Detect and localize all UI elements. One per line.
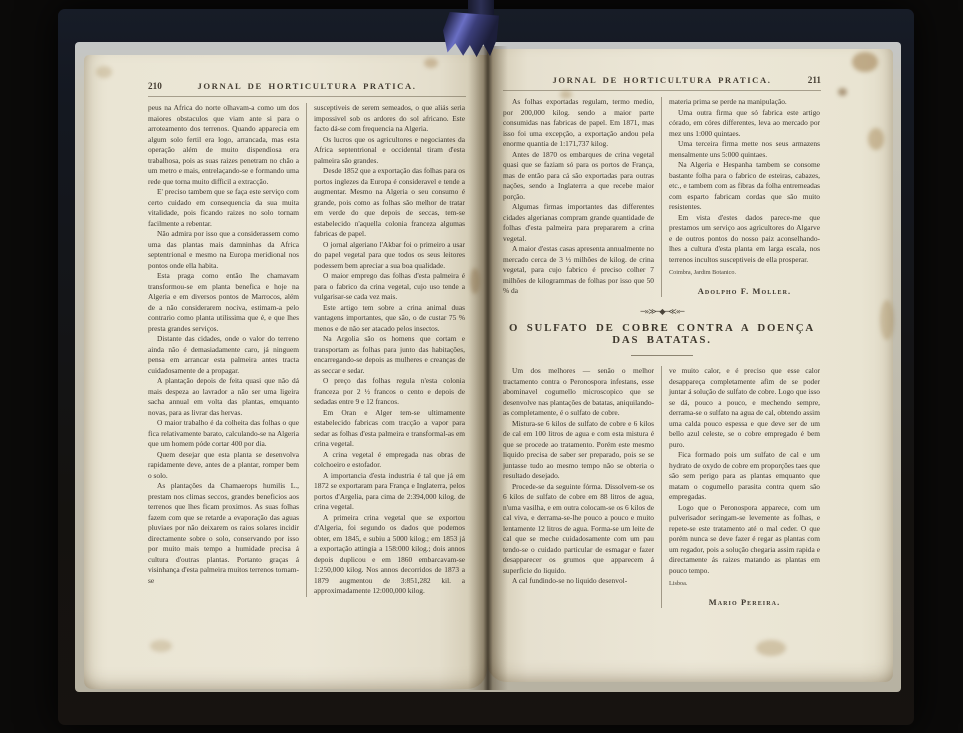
paragraph: Em vista d'estes dados parece-me que pre… — [669, 213, 820, 266]
paragraph: materia prima se perde na manipulação. — [669, 97, 820, 108]
paragraph: Uma terceira firma mette nos seus armaze… — [669, 139, 820, 160]
article2-title-rule — [631, 355, 693, 356]
paragraph: Antes de 1870 os embarques de crina vege… — [503, 150, 654, 203]
paragraph: Na Algeria e Hespanha tambem se consome … — [669, 160, 820, 213]
paragraph: Os lucros que os agricultores e negocian… — [314, 135, 465, 167]
left-page: 210 JORNAL DE HORTICULTURA PRATICA. peus… — [84, 55, 487, 689]
paragraph: susceptiveis de serem semeados, o que al… — [314, 103, 465, 135]
paragraph: Em Oran e Alger tem-se ultimamente estab… — [314, 408, 465, 450]
article1-text: materia prima se perde na manipulação.Um… — [669, 97, 820, 265]
paragraph: A importancia d'esta industria é tal que… — [314, 471, 465, 513]
paragraph: A cal fundindo-se no liquido desenvol- — [503, 576, 654, 587]
article2-column-2: ve muito calor, e é preciso que esse cal… — [669, 366, 820, 608]
paragraph: Algumas firmas importantes das different… — [503, 202, 654, 244]
paragraph: Uma outra firma que só fabrica este arti… — [669, 108, 820, 140]
paragraph: O preço das folhas regula n'esta colonia… — [314, 376, 465, 408]
article2-columns: Um dos melhores — senão o melhor tractam… — [503, 366, 821, 608]
paragraph: A plantação depois de feita quasi que nã… — [148, 376, 299, 418]
left-page-header: 210 JORNAL DE HORTICULTURA PRATICA. — [148, 81, 466, 97]
paragraph: Não admira por isso que a considerassem … — [148, 229, 299, 271]
paragraph: As plantações da Chamaerops humilis L., … — [148, 481, 299, 586]
paragraph: peus na Africa do norte olhavam-a como u… — [148, 103, 299, 187]
section-divider-ornament: ─»≫─◆─≪«─ — [503, 307, 821, 316]
paragraph: Esta praga como então lhe chamavam trans… — [148, 271, 299, 334]
paragraph: A maior d'estas casas apresenta annualme… — [503, 244, 654, 297]
paragraph: Mistura-se 6 kilos de sulfato de cobre e… — [503, 419, 654, 482]
right-page-number: 211 — [808, 75, 821, 85]
column-rule — [306, 103, 307, 597]
paragraph: Distante das cidades, onde o valor do te… — [148, 334, 299, 376]
article2-signature: Mario Pereira. — [669, 598, 820, 609]
article2-column-1: Um dos melhores — senão o melhor tractam… — [503, 366, 654, 608]
paragraph: O maior emprego das folhas d'esta palmei… — [314, 271, 465, 303]
photo-backdrop: { "colors":{"page":"#ece7d7","ink":"#3a3… — [0, 0, 963, 733]
paragraph: E' preciso tambem que se faça este servi… — [148, 187, 299, 229]
paragraph: ve muito calor, e é preciso que esse cal… — [669, 366, 820, 450]
column-rule — [661, 366, 662, 608]
paragraph: Um dos melhores — senão o melhor tractam… — [503, 366, 654, 419]
article1-byline: Coimbra, Jardim Botanico. — [669, 268, 820, 279]
journal-title-right: JORNAL DE HORTICULTURA PRATICA. — [503, 75, 821, 85]
right-page-header: JORNAL DE HORTICULTURA PRATICA. 211 — [503, 75, 821, 91]
right-page: JORNAL DE HORTICULTURA PRATICA. 211 As f… — [487, 49, 893, 682]
paragraph: Na Argolia são os homens que cortam e tr… — [314, 334, 465, 376]
article1-signature: Adolpho F. Moller. — [669, 287, 820, 298]
paragraph: O maior trabalho é da colheita das folha… — [148, 418, 299, 450]
paragraph: A crina vegetal é empregada nas obras de… — [314, 450, 465, 471]
paragraph: Quem desejar que esta planta se desenvol… — [148, 450, 299, 482]
paragraph: Procede-se da seguinte fórma. Dissolvem-… — [503, 482, 654, 577]
paragraph: As folhas exportadas regulam, termo medi… — [503, 97, 654, 150]
left-page-column-2: susceptiveis de serem semeados, o que al… — [314, 103, 465, 597]
article1-column-1: As folhas exportadas regulam, termo medi… — [503, 97, 654, 297]
paragraph: A primeira crina vegetal que se exportou… — [314, 513, 465, 597]
article1-columns: As folhas exportadas regulam, termo medi… — [503, 97, 821, 297]
paragraph: Fica formado pois um sulfato de cal e um… — [669, 450, 820, 503]
paragraph: Este artigo tem sobre a crina animal dua… — [314, 303, 465, 335]
article1-column-2: materia prima se perde na manipulação.Um… — [669, 97, 820, 297]
left-page-column-1: peus na Africa do norte olhavam-a como u… — [148, 103, 299, 597]
column-rule — [661, 97, 662, 297]
article2-text: ve muito calor, e é preciso que esse cal… — [669, 366, 820, 576]
paragraph: O jornal algeriano l'Akbar foi o primeir… — [314, 240, 465, 272]
journal-title-left: JORNAL DE HORTICULTURA PRATICA. — [148, 81, 466, 91]
article2-byline: Lisboa. — [669, 579, 820, 590]
paragraph: Desde 1852 que a exportação das folhas p… — [314, 166, 465, 240]
article2-title: O SULFATO DE COBRE CONTRA A DOENÇA DAS B… — [503, 322, 821, 346]
paragraph: Logo que o Peronospora apparece, com um … — [669, 503, 820, 577]
